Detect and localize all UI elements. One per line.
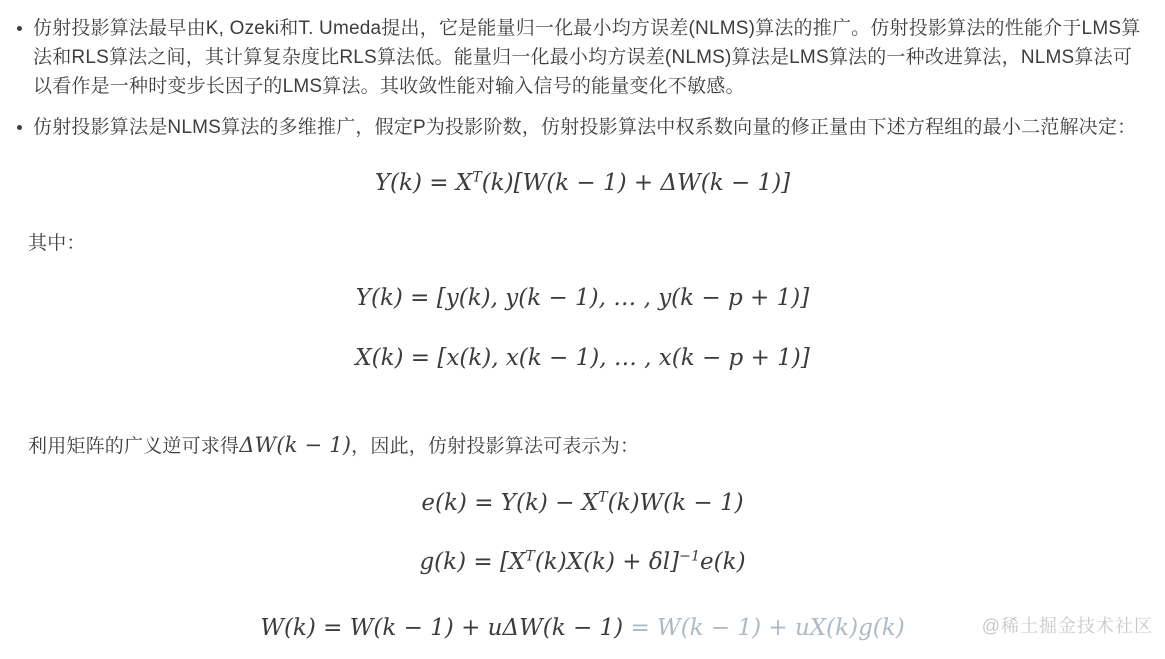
bullet-text: 仿射投影算法最早由K, Ozeki和T. Umeda提出，它是能量归一化最小均方… [33, 14, 1140, 101]
bullet-text: 仿射投影算法是NLMS算法的多维推广，假定P为投影阶数，仿射投影算法中权系数向量… [33, 113, 1140, 142]
formula-y-equation: Y(k) = XT(k)[W(k − 1) + ΔW(k − 1)] [0, 168, 1165, 198]
article-content: 仿射投影算法最早由K, Ozeki和T. Umeda提出，它是能量归一化最小均方… [0, 0, 1165, 659]
formula-gain-equation: g(k) = [XT(k)X(k) + δl]−1e(k) [0, 547, 1165, 577]
bullet-list: 仿射投影算法最早由K, Ozeki和T. Umeda提出，它是能量归一化最小均方… [17, 14, 1140, 142]
formula-weight-update-faded: = W(k − 1) + uX(k)g(k) [623, 615, 905, 641]
formula-y-vector: Y(k) = [y(k), y(k − 1), … , y(k − p + 1)… [0, 283, 1165, 313]
paragraph-text: ，因此，仿射投影算法可表示为： [351, 436, 639, 457]
bullet-text-line: 仿射投影算法最早由K, Ozeki和T. Umeda提出，它是能量归一化最小均方… [33, 14, 1140, 43]
bullet-item-ap-definition: 仿射投影算法是NLMS算法的多维推广，假定P为投影阶数，仿射投影算法中权系数向量… [17, 113, 1140, 142]
bullet-marker-icon [17, 26, 22, 31]
formula-x-vector: X(k) = [x(k), x(k − 1), … , x(k − p + 1)… [0, 343, 1165, 373]
where-label: 其中： [28, 230, 86, 257]
bullet-text-line: 以看作是一种时变步长因子的LMS算法。其收敛性能对输入信号的能量变化不敏感。 [33, 72, 1140, 101]
formula-weight-update-main: W(k) = W(k − 1) + uΔW(k − 1) [260, 615, 623, 641]
bullet-text-line: 法和RLS算法之间，其计算复杂度比RLS算法低。能量归一化最小均方误差(NLMS… [33, 43, 1140, 72]
bullet-marker-icon [17, 125, 22, 130]
watermark: @稀土掘金技术社区 [982, 613, 1153, 639]
paragraph-text: 利用矩阵的广义逆可求得 [28, 436, 239, 457]
formula-error-equation: e(k) = Y(k) − XT(k)W(k − 1) [0, 488, 1165, 518]
bullet-item-ap-intro: 仿射投影算法最早由K, Ozeki和T. Umeda提出，它是能量归一化最小均方… [17, 14, 1140, 101]
paragraph-generalized-inverse: 利用矩阵的广义逆可求得ΔW(k − 1)，因此，仿射投影算法可表示为： [28, 432, 639, 460]
inline-math-delta-w: ΔW(k − 1) [239, 433, 351, 457]
bullet-text-line: 仿射投影算法是NLMS算法的多维推广，假定P为投影阶数，仿射投影算法中权系数向量… [33, 113, 1140, 142]
